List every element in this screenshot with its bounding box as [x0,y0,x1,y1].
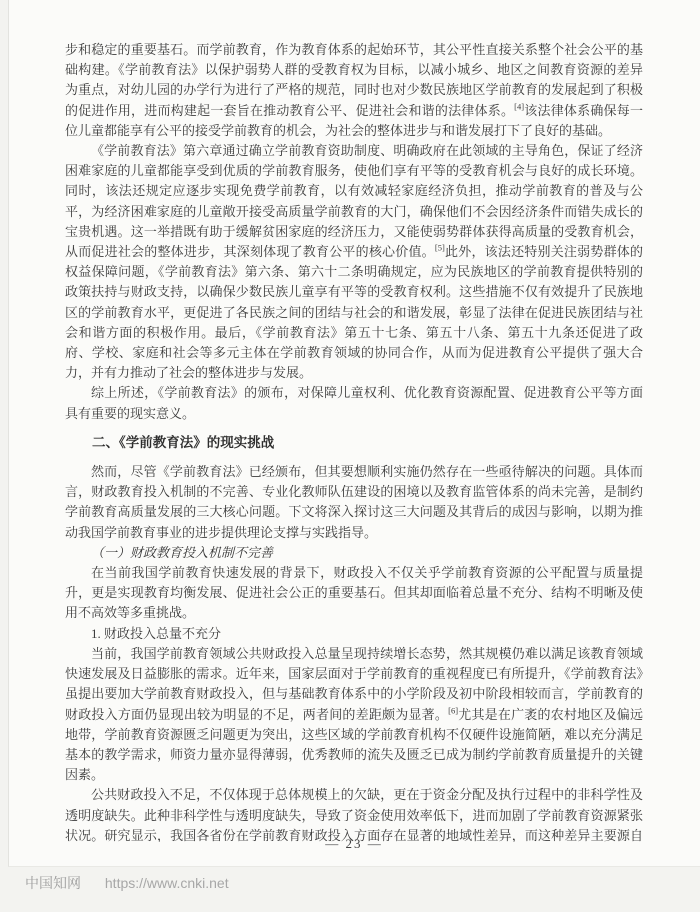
section-heading: 二、《学前教育法》的现实挑战 [65,433,643,453]
text-run: 综上所述，《学前教育法》的颁布，对保障儿童权利、优化教育资源配置、促进教育公平等… [65,385,643,420]
paragraph: 当前，我国学前教育领域公共财政投入总量呈现持续增长态势，然其规模仍难以满足该教育… [65,644,643,785]
cnki-url-link[interactable]: https://www.cnki.net [105,875,229,891]
text-run: （一）财政教育投入机制不完善 [91,545,273,560]
subsection-heading: （一）财政教育投入机制不完善 [65,543,643,563]
article-body: 步和稳定的重要基石。而学前教育，作为教育体系的起始环节，其公平性直接关系整个社会… [65,40,643,842]
text-run: 公共财政投入不足，不仅体现于总体规模上的欠缺，更在于资金分配及执行过程中的非科学… [65,787,643,842]
text-run: 《学前教育法》第六章通过确立学前教育资助制度、明确政府在此领域的主导角色，保证了… [65,143,643,259]
page-number: — 23 — [65,836,643,852]
paragraph: 公共财政投入不足，不仅体现于总体规模上的欠缺，更在于资金分配及执行过程中的非科学… [65,785,643,842]
paragraph: 步和稳定的重要基石。而学前教育，作为教育体系的起始环节，其公平性直接关系整个社会… [65,40,643,141]
paragraph: 综上所述，《学前教育法》的颁布，对保障儿童权利、优化教育资源配置、促进教育公平等… [65,383,643,423]
paragraph: 在当前我国学前教育快速发展的背景下，财政投入不仅关乎学前教育资源的公平配置与质量… [65,563,643,624]
citation-ref: [5] [435,243,445,253]
text-run: 二、《学前教育法》的现实挑战 [92,435,274,450]
paragraph: 《学前教育法》第六章通过确立学前教育资助制度、明确政府在此领域的主导角色，保证了… [65,141,643,383]
citation-ref: [6] [448,705,458,715]
text-run: 1. 财政投入总量不充分 [91,626,221,641]
document-page: 步和稳定的重要基石。而学前教育，作为教育体系的起始环节，其公平性直接关系整个社会… [8,0,700,867]
text-run: 然而，尽管《学前教育法》已经颁布，但其要想顺利实施仍然存在一些亟待解决的问题。具… [65,464,643,540]
viewer-footer: 中国知网 https://www.cnki.net [25,873,229,893]
text-run: 在当前我国学前教育快速发展的背景下，财政投入不仅关乎学前教育资源的公平配置与质量… [65,565,643,620]
citation-ref: [4] [514,101,524,111]
cnki-brand-logo: 中国知网 [25,875,81,891]
text-run: 此外，该法还特别关注弱势群体的权益保障问题，《学前教育法》第六条、第六十二条明确… [65,244,643,380]
subsection-item-heading: 1. 财政投入总量不充分 [65,624,643,644]
paragraph: 然而，尽管《学前教育法》已经颁布，但其要想顺利实施仍然存在一些亟待解决的问题。具… [65,462,643,543]
